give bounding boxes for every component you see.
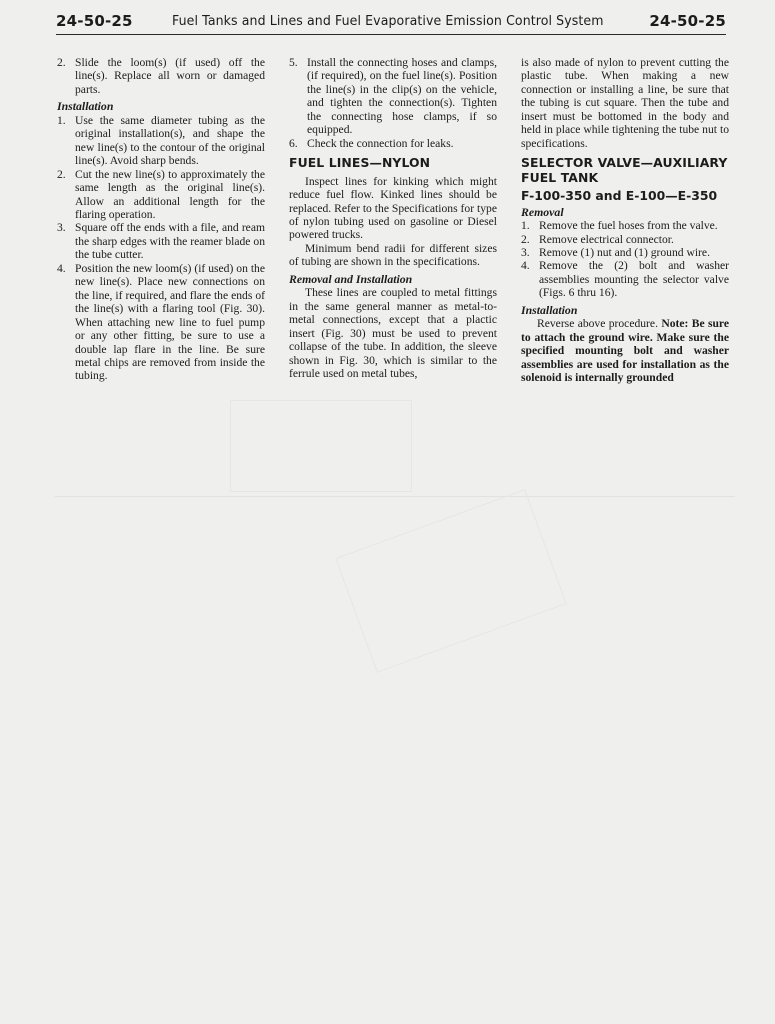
column-2: 5. Install the connecting hoses and clam… xyxy=(289,56,497,380)
column-3: is also made of nylon to prevent cutting… xyxy=(521,56,729,385)
installation-subheading: Installation xyxy=(521,304,729,317)
removal-steps: 1. Remove the fuel hoses from the valve.… xyxy=(521,219,729,300)
installation-steps: 1. Use the same diameter tubing as the o… xyxy=(57,114,265,383)
installation-subheading: Installation xyxy=(57,100,265,113)
list-item: 1. Remove the fuel hoses from the valve. xyxy=(521,219,729,232)
paragraph: These lines are coupled to metal fitting… xyxy=(289,286,497,380)
list-item: 2. Slide the loom(s) (if used) off the l… xyxy=(57,56,265,96)
removal-subheading: Removal xyxy=(521,206,729,219)
section-heading-fuel-lines-nylon: FUEL LINES—NYLON xyxy=(289,156,497,171)
bleed-through-figure xyxy=(335,489,567,673)
section-heading-selector-valve: SELECTOR VALVE—AUXILIARY FUEL TANK xyxy=(521,156,729,185)
page-number-left: 24-50-25 xyxy=(56,12,133,30)
paragraph: Inspect lines for kinking which might re… xyxy=(289,175,497,242)
list-item: 5. Install the connecting hoses and clam… xyxy=(289,56,497,137)
removal-steps-continued: 2. Slide the loom(s) (if used) off the l… xyxy=(57,56,265,96)
page-title: Fuel Tanks and Lines and Fuel Evaporativ… xyxy=(172,13,604,29)
installation-text: Reverse above procedure. xyxy=(537,317,658,330)
installation-paragraph: Reverse above procedure. Note: Be sure t… xyxy=(521,317,729,384)
list-item: 1. Use the same diameter tubing as the o… xyxy=(57,114,265,168)
list-item: 3. Square off the ends with a file, and … xyxy=(57,221,265,261)
list-item: 3. Remove (1) nut and (1) ground wire. xyxy=(521,246,729,259)
page-header: 24-50-25 Fuel Tanks and Lines and Fuel E… xyxy=(56,8,726,35)
bleed-through-figure xyxy=(230,400,412,492)
installation-steps-continued: 5. Install the connecting hoses and clam… xyxy=(289,56,497,150)
paragraph: Minimum bend radii for different sizes o… xyxy=(289,242,497,269)
column-1: 2. Slide the loom(s) (if used) off the l… xyxy=(57,56,265,383)
model-heading: F-100-350 and E-100—E-350 xyxy=(521,189,729,204)
list-item: 2. Remove electrical connector. xyxy=(521,233,729,246)
bleed-through-rule xyxy=(55,496,735,497)
list-item: 6. Check the connection for leaks. xyxy=(289,137,497,150)
page-number-right: 24-50-25 xyxy=(649,12,726,30)
manual-page: 24-50-25 Fuel Tanks and Lines and Fuel E… xyxy=(0,0,775,1024)
list-item: 4. Remove the (2) bolt and washer assemb… xyxy=(521,259,729,299)
paragraph: is also made of nylon to prevent cutting… xyxy=(521,56,729,150)
list-item: 4. Position the new loom(s) (if used) on… xyxy=(57,262,265,383)
list-item: 2. Cut the new line(s) to approximately … xyxy=(57,168,265,222)
removal-installation-subheading: Removal and Installation xyxy=(289,273,497,286)
